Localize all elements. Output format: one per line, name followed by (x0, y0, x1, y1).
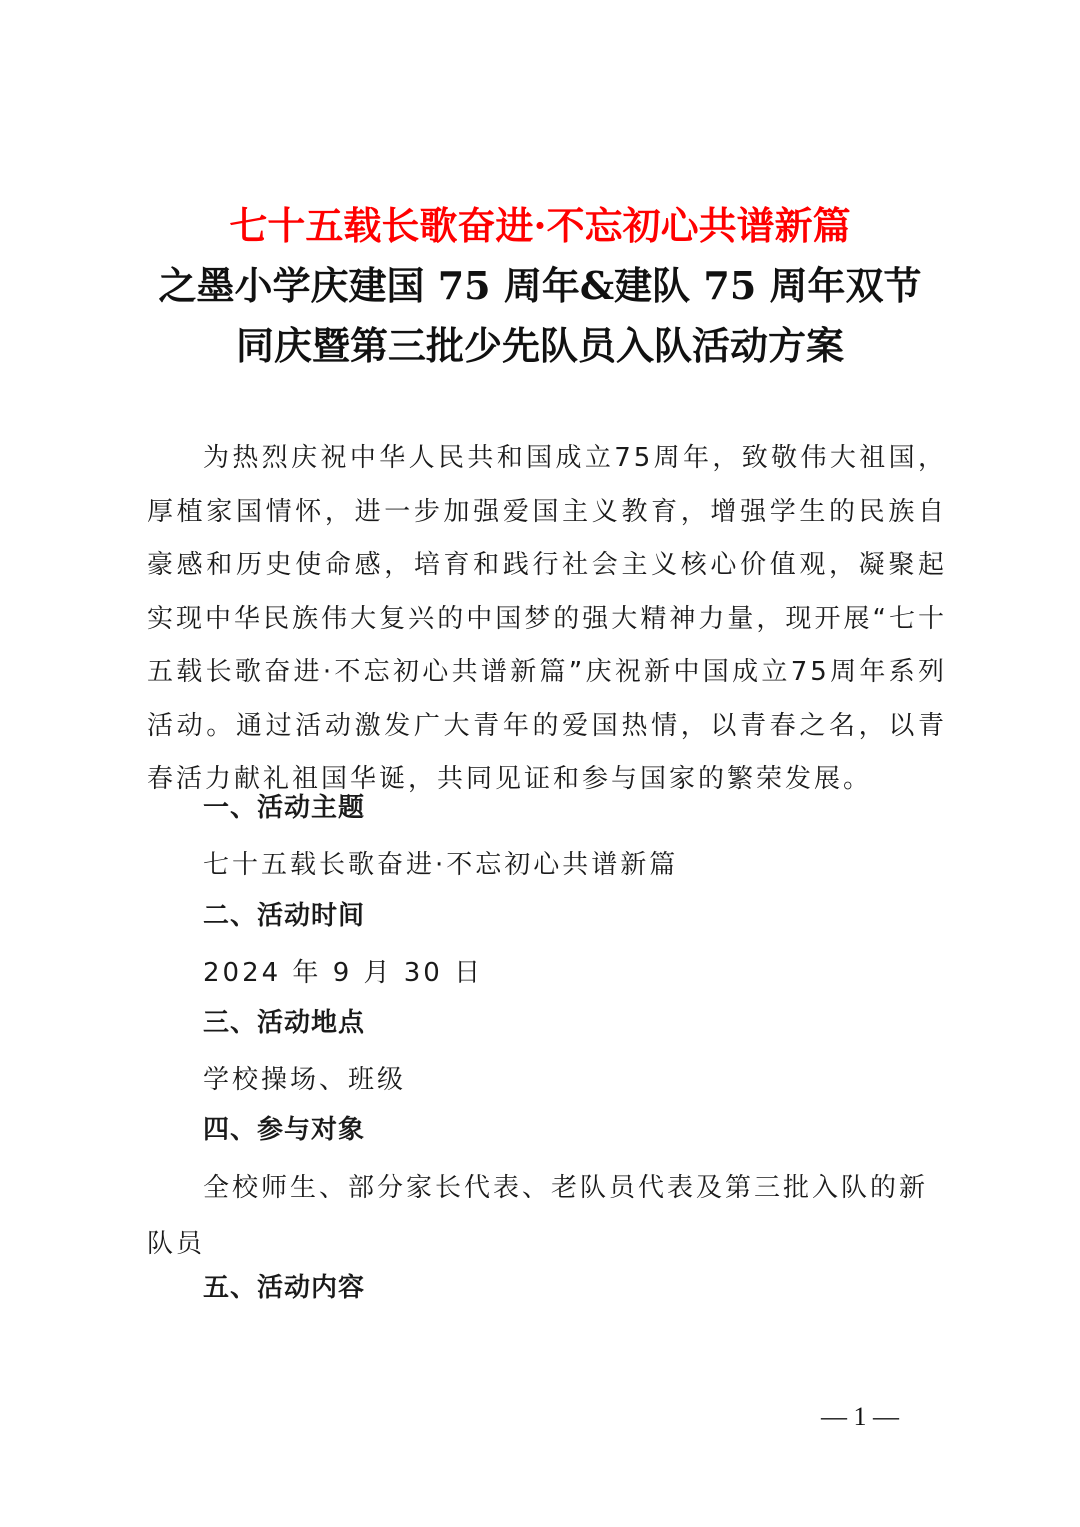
document-title: 七十五载长歌奋进·不忘初心共谱新篇 之墨小学庆建国 75 周年&建队 75 周年… (0, 196, 1080, 376)
section-content-participants: 全校师生、部分家长代表、老队员代表及第三批入队的新队员 (147, 1160, 947, 1272)
intro-paragraph: 为热烈庆祝中华人民共和国成立75周年，致敬伟大祖国，厚植家国情怀，进一步加强爱国… (147, 432, 947, 807)
title-line-2: 之墨小学庆建国 75 周年&建队 75 周年双节 (0, 256, 1080, 316)
section-content-theme: 七十五载长歌奋进·不忘初心共谱新篇 (203, 845, 678, 885)
section-heading-theme: 一、活动主题 (203, 788, 365, 828)
page-number: — 1 — (800, 1402, 920, 1432)
section-content-time: 2024 年 9 月 30 日 (203, 953, 483, 993)
section-heading-participants: 四、参与对象 (203, 1110, 365, 1150)
document-page: 七十五载长歌奋进·不忘初心共谱新篇 之墨小学庆建国 75 周年&建队 75 周年… (0, 0, 1080, 1527)
section-content-location: 学校操场、班级 (203, 1060, 406, 1100)
section-heading-content: 五、活动内容 (203, 1268, 365, 1308)
section-heading-location: 三、活动地点 (203, 1003, 365, 1043)
section-heading-time: 二、活动时间 (203, 896, 365, 936)
title-line-1: 七十五载长歌奋进·不忘初心共谱新篇 (0, 196, 1080, 256)
title-line-3: 同庆暨第三批少先队员入队活动方案 (0, 316, 1080, 376)
